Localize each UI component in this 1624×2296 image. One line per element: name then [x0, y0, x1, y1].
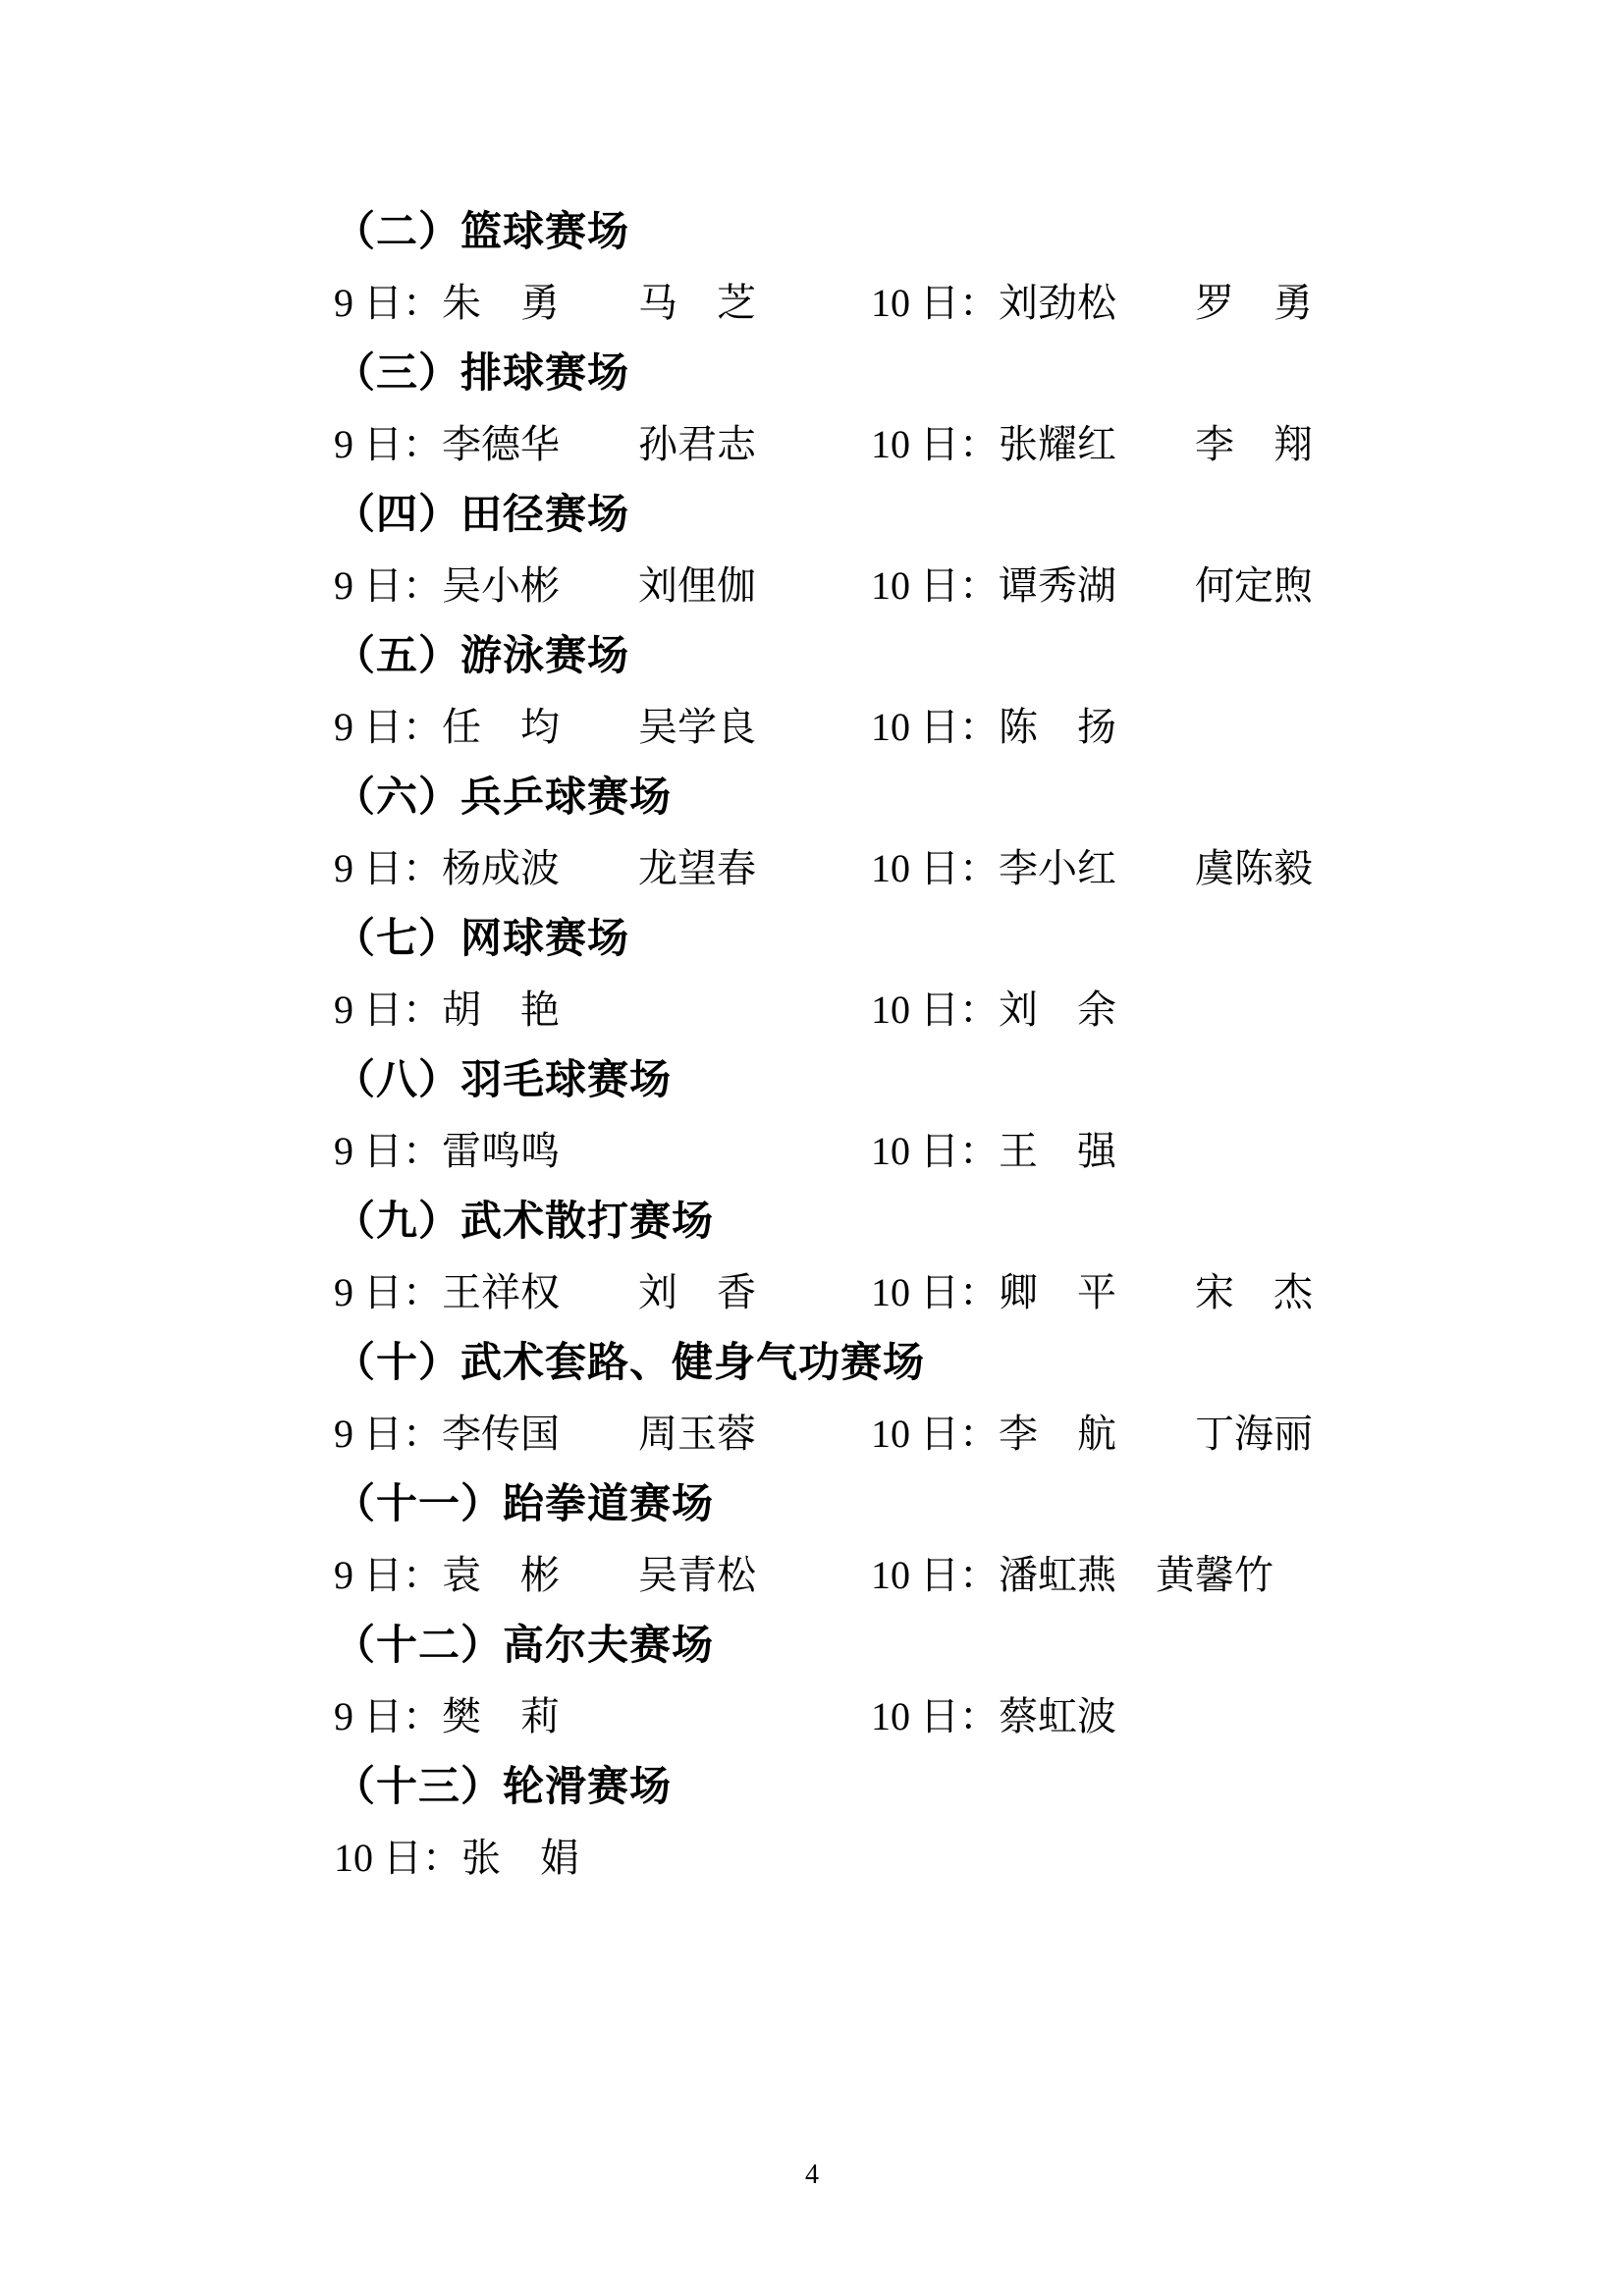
day-label: 10 日：: [871, 705, 999, 749]
day9-entry: 9 日：樊 莉: [334, 1682, 560, 1752]
schedule-line: 9 日：袁 彬 吴青松10 日：潘虹燕 黄馨竹: [334, 1540, 1512, 1611]
referee-names: 李德华 孙君志: [442, 422, 756, 466]
day-label: 10 日：: [871, 1129, 999, 1173]
schedule-line: 9 日：吴小彬 刘俚伽10 日：谭秀湖 何定煦: [334, 551, 1512, 621]
referee-names: 李传国 周玉蓉: [442, 1412, 756, 1456]
day10-entry: 10 日：蔡虹波: [871, 1682, 1116, 1752]
day-label: 9 日：: [334, 988, 442, 1032]
referee-names: 陈 扬: [999, 705, 1116, 749]
referee-names: 胡 艳: [442, 988, 560, 1032]
day10-entry: 10 日：张 娟: [334, 1823, 579, 1894]
section-heading: （四）田径赛场: [334, 480, 1512, 551]
day10-entry: 10 日：潘虹燕 黄馨竹: [871, 1540, 1273, 1611]
day10-entry: 10 日：李 航 丁海丽: [871, 1399, 1313, 1469]
schedule-line: 9 日：胡 艳10 日：刘 余: [334, 975, 1512, 1045]
section-heading: （二）篮球赛场: [334, 197, 1512, 268]
referee-names: 吴小彬 刘俚伽: [442, 563, 756, 608]
day-label: 10 日：: [334, 1836, 461, 1880]
section-heading: （十三）轮滑赛场: [334, 1752, 1512, 1823]
day-label: 10 日：: [871, 563, 999, 608]
referee-names: 刘 余: [999, 988, 1116, 1032]
day10-entry: 10 日：谭秀湖 何定煦: [871, 551, 1313, 621]
referee-names: 谭秀湖 何定煦: [999, 563, 1313, 608]
referee-names: 任 均 吴学良: [442, 705, 756, 749]
schedule-line: 9 日：杨成波 龙望春10 日：李小红 虞陈毅: [334, 833, 1512, 904]
day-label: 10 日：: [871, 281, 999, 325]
referee-names: 杨成波 龙望春: [442, 846, 756, 890]
schedule-line: 9 日：李传国 周玉蓉10 日：李 航 丁海丽: [334, 1399, 1512, 1469]
day9-entry: 9 日：吴小彬 刘俚伽: [334, 551, 756, 621]
day9-entry: 9 日：袁 彬 吴青松: [334, 1540, 756, 1611]
referee-names: 李 航 丁海丽: [999, 1412, 1313, 1456]
day10-entry: 10 日：李小红 虞陈毅: [871, 833, 1313, 904]
day-label: 10 日：: [871, 422, 999, 466]
referee-names: 张耀红 李 翔: [999, 422, 1313, 466]
day9-entry: 9 日：李传国 周玉蓉: [334, 1399, 756, 1469]
referee-names: 袁 彬 吴青松: [442, 1553, 756, 1597]
day-label: 9 日：: [334, 563, 442, 608]
section-heading: （三）排球赛场: [334, 339, 1512, 409]
section-heading: （十一）跆拳道赛场: [334, 1469, 1512, 1540]
day-label: 9 日：: [334, 705, 442, 749]
referee-names: 刘劲松 罗 勇: [999, 281, 1313, 325]
referee-names: 蔡虹波: [999, 1694, 1116, 1738]
day-label: 10 日：: [871, 846, 999, 890]
referee-names: 王 强: [999, 1129, 1116, 1173]
referee-names: 潘虹燕 黄馨竹: [999, 1553, 1273, 1597]
referee-names: 朱 勇 马 芝: [442, 281, 756, 325]
day-label: 9 日：: [334, 281, 442, 325]
section-heading: （六）兵乒球赛场: [334, 763, 1512, 833]
day10-entry: 10 日：王 强: [871, 1116, 1116, 1187]
section-heading: （八）羽毛球赛场: [334, 1045, 1512, 1116]
day10-entry: 10 日：刘 余: [871, 975, 1116, 1045]
day-label: 9 日：: [334, 846, 442, 890]
referee-names: 卿 平 宋 杰: [999, 1270, 1313, 1314]
day10-entry: 10 日：张耀红 李 翔: [871, 409, 1313, 480]
section-heading: （九）武术散打赛场: [334, 1187, 1512, 1257]
day-label: 9 日：: [334, 1694, 442, 1738]
schedule-line: 9 日：朱 勇 马 芝10 日：刘劲松 罗 勇: [334, 268, 1512, 339]
day10-entry: 10 日：刘劲松 罗 勇: [871, 268, 1313, 339]
day10-entry: 10 日：陈 扬: [871, 692, 1116, 763]
schedule-line: 9 日：王祥权 刘 香10 日：卿 平 宋 杰: [334, 1257, 1512, 1328]
day-label: 9 日：: [334, 422, 442, 466]
schedule-line: 9 日：雷鸣鸣10 日：王 强: [334, 1116, 1512, 1187]
day10-entry: 10 日：卿 平 宋 杰: [871, 1257, 1313, 1328]
schedule-line: 10 日：张 娟: [334, 1823, 1512, 1894]
day9-entry: 9 日：李德华 孙君志: [334, 409, 756, 480]
day9-entry: 9 日：朱 勇 马 芝: [334, 268, 756, 339]
day9-entry: 9 日：胡 艳: [334, 975, 560, 1045]
section-heading: （五）游泳赛场: [334, 621, 1512, 692]
day-label: 9 日：: [334, 1412, 442, 1456]
referee-names: 雷鸣鸣: [442, 1129, 560, 1173]
day-label: 9 日：: [334, 1553, 442, 1597]
section-heading: （十二）高尔夫赛场: [334, 1611, 1512, 1682]
section-heading: （七）网球赛场: [334, 904, 1512, 975]
document-page: （二）篮球赛场9 日：朱 勇 马 芝10 日：刘劲松 罗 勇（三）排球赛场9 日…: [0, 0, 1624, 2296]
referee-names: 张 娟: [461, 1836, 579, 1880]
day-label: 10 日：: [871, 1553, 999, 1597]
day9-entry: 9 日：杨成波 龙望春: [334, 833, 756, 904]
referee-names: 李小红 虞陈毅: [999, 846, 1313, 890]
day9-entry: 9 日：王祥权 刘 香: [334, 1257, 756, 1328]
page-number: 4: [0, 2156, 1624, 2195]
referee-names: 王祥权 刘 香: [442, 1270, 756, 1314]
day-label: 10 日：: [871, 1694, 999, 1738]
schedule-line: 9 日：李德华 孙君志10 日：张耀红 李 翔: [334, 409, 1512, 480]
day9-entry: 9 日：雷鸣鸣: [334, 1116, 560, 1187]
day-label: 10 日：: [871, 988, 999, 1032]
schedule-line: 9 日：任 均 吴学良10 日：陈 扬: [334, 692, 1512, 763]
document-content: （二）篮球赛场9 日：朱 勇 马 芝10 日：刘劲松 罗 勇（三）排球赛场9 日…: [334, 197, 1512, 1894]
day-label: 9 日：: [334, 1129, 442, 1173]
day-label: 9 日：: [334, 1270, 442, 1314]
section-heading: （十）武术套路、健身气功赛场: [334, 1328, 1512, 1399]
schedule-line: 9 日：樊 莉10 日：蔡虹波: [334, 1682, 1512, 1752]
day9-entry: 9 日：任 均 吴学良: [334, 692, 756, 763]
referee-names: 樊 莉: [442, 1694, 560, 1738]
day-label: 10 日：: [871, 1412, 999, 1456]
day-label: 10 日：: [871, 1270, 999, 1314]
